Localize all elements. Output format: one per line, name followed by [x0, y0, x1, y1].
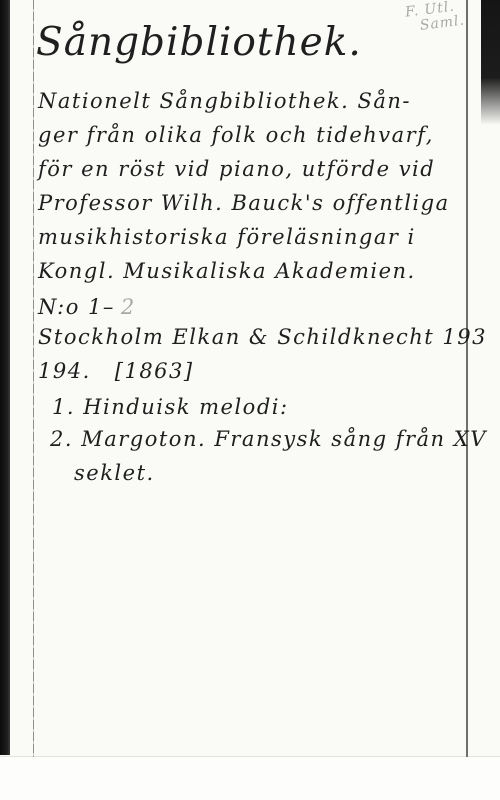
- paragraph-line-1: Nationelt Sångbibliothek. Sån-: [38, 86, 411, 116]
- content-item-1: 1. Hinduisk melodi:: [52, 392, 289, 422]
- imprint-line-1: Stockholm Elkan & Schildknecht 193: [38, 322, 487, 352]
- scanned-document: F. Utl. Saml. Sångbibliothek. Nationelt …: [0, 0, 500, 800]
- paragraph-line-5: musikhistoriska föreläsningar i: [38, 222, 416, 252]
- imprint-line-2: 194.[1863]: [38, 356, 194, 386]
- catalog-card-page: F. Utl. Saml. Sångbibliothek. Nationelt …: [0, 0, 500, 757]
- paragraph-line-4: Professor Wilh. Bauck's offentliga: [38, 188, 450, 218]
- content-item-2: 2. Margoton. Fransysk sång från XV: [50, 424, 487, 454]
- catalog-number-line: N:o 1–2: [38, 292, 136, 322]
- imprint-year: [1863]: [115, 359, 194, 383]
- paragraph-line-2: ger från olika folk och tidehvarf,: [38, 120, 434, 150]
- catalog-number-ink: N:o 1–: [38, 295, 115, 319]
- margin-rule-right: [466, 0, 468, 757]
- margin-rule-left: [33, 0, 34, 757]
- document-title: Sångbibliothek.: [36, 20, 362, 65]
- catalog-number-pencil-addition: 2: [121, 295, 136, 319]
- pencil-annotation: F. Utl. Saml.: [404, 0, 465, 35]
- scan-edge-left: [0, 0, 10, 755]
- paragraph-line-3: för en röst vid piano, utförde vid: [38, 154, 435, 184]
- paragraph-line-6: Kongl. Musikaliska Akademien.: [38, 256, 416, 286]
- imprint-plate-number: 194.: [38, 359, 91, 383]
- scan-edge-top-right: [481, 0, 500, 125]
- pencil-annotation-line-2: Saml.: [419, 13, 466, 33]
- content-item-2-continued: seklet.: [74, 458, 155, 488]
